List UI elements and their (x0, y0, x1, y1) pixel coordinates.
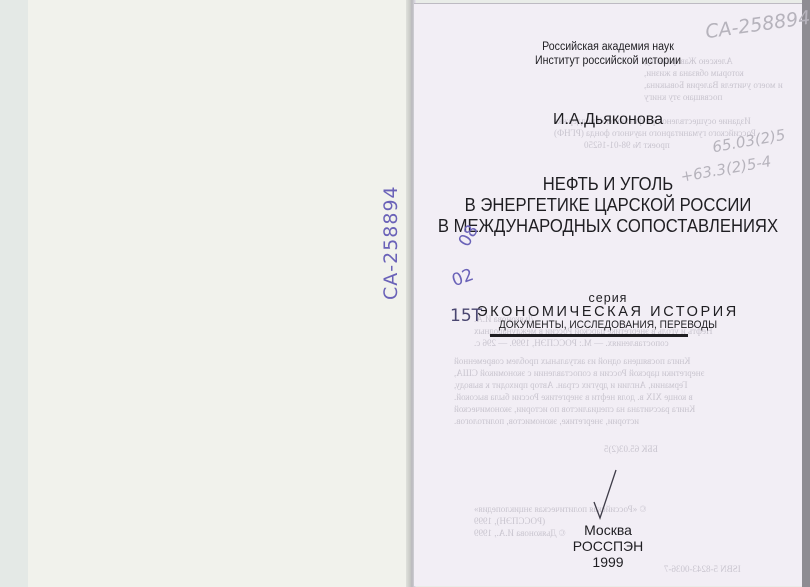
organization: Российская академия наук Институт россий… (430, 40, 787, 68)
bleed-through-text: и моего учителя Валерия Бовыкина, (644, 80, 783, 91)
bleed-through-text: энергетики царской России в сопоставлени… (454, 368, 704, 379)
bleed-through-text: Книга рассчитана на специалистов по исто… (454, 404, 695, 415)
title-line: В ЭНЕРГЕТИКЕ ЦАРСКОЙ РОССИИ (433, 194, 782, 215)
bleed-through-text: сопоставлениях. — М.: РОССПЭН, 1999. — 2… (474, 338, 669, 349)
left-page-blank (28, 0, 408, 587)
bleed-through-text: © «Российская политическая энциклопедия» (474, 504, 646, 515)
bleed-through-text: истории, энергетике, экономистов, полито… (454, 416, 639, 427)
title-line: В МЕЖДУНАРОДНЫХ СОПОСТАВЛЕНИЯХ (433, 215, 782, 236)
bleed-through-text: которым обязана в жизни, (644, 68, 744, 79)
bleed-through-text: Германии, Англии и других стран. Автор п… (454, 380, 688, 391)
imprint-year: 1999 (414, 554, 802, 570)
book-title: НЕФТЬ И УГОЛЬ В ЭНЕРГЕТИКЕ ЦАРСКОЙ РОССИ… (433, 173, 782, 236)
bleed-through-text: в конце XIX в. доля нефти в энергетике Р… (454, 392, 693, 403)
checkmark-icon (592, 468, 618, 520)
scan-right-edge (802, 0, 810, 587)
organization-line: Институт российской истории (430, 54, 787, 68)
series-subtitle: ДОКУМЕНТЫ, ИССЛЕДОВАНИЯ, ПЕРЕВОДЫ (430, 319, 787, 331)
handwritten-mark: 15Т (450, 306, 482, 326)
scan-left-edge (0, 0, 28, 587)
handwritten-inventory-number: СА-258894 (380, 185, 402, 300)
imprint-city: Москва (414, 522, 802, 538)
bleed-through-text: посвящаю эту книгу (644, 92, 722, 103)
author: И.А.Дьяконова (414, 111, 802, 129)
bleed-through-text: проект № 98-01-16250 (584, 140, 670, 151)
imprint: Москва РОССПЭН 1999 (414, 522, 802, 570)
series-label: серия (414, 291, 802, 305)
bleed-through-text: ББК 65.03(2)5 (604, 444, 658, 455)
series-rule (490, 334, 688, 337)
organization-line: Российская академия наук (430, 40, 787, 54)
bleed-through-text: Книга посвящена одной из актуальных проб… (454, 356, 690, 367)
imprint-publisher: РОССПЭН (414, 538, 802, 554)
